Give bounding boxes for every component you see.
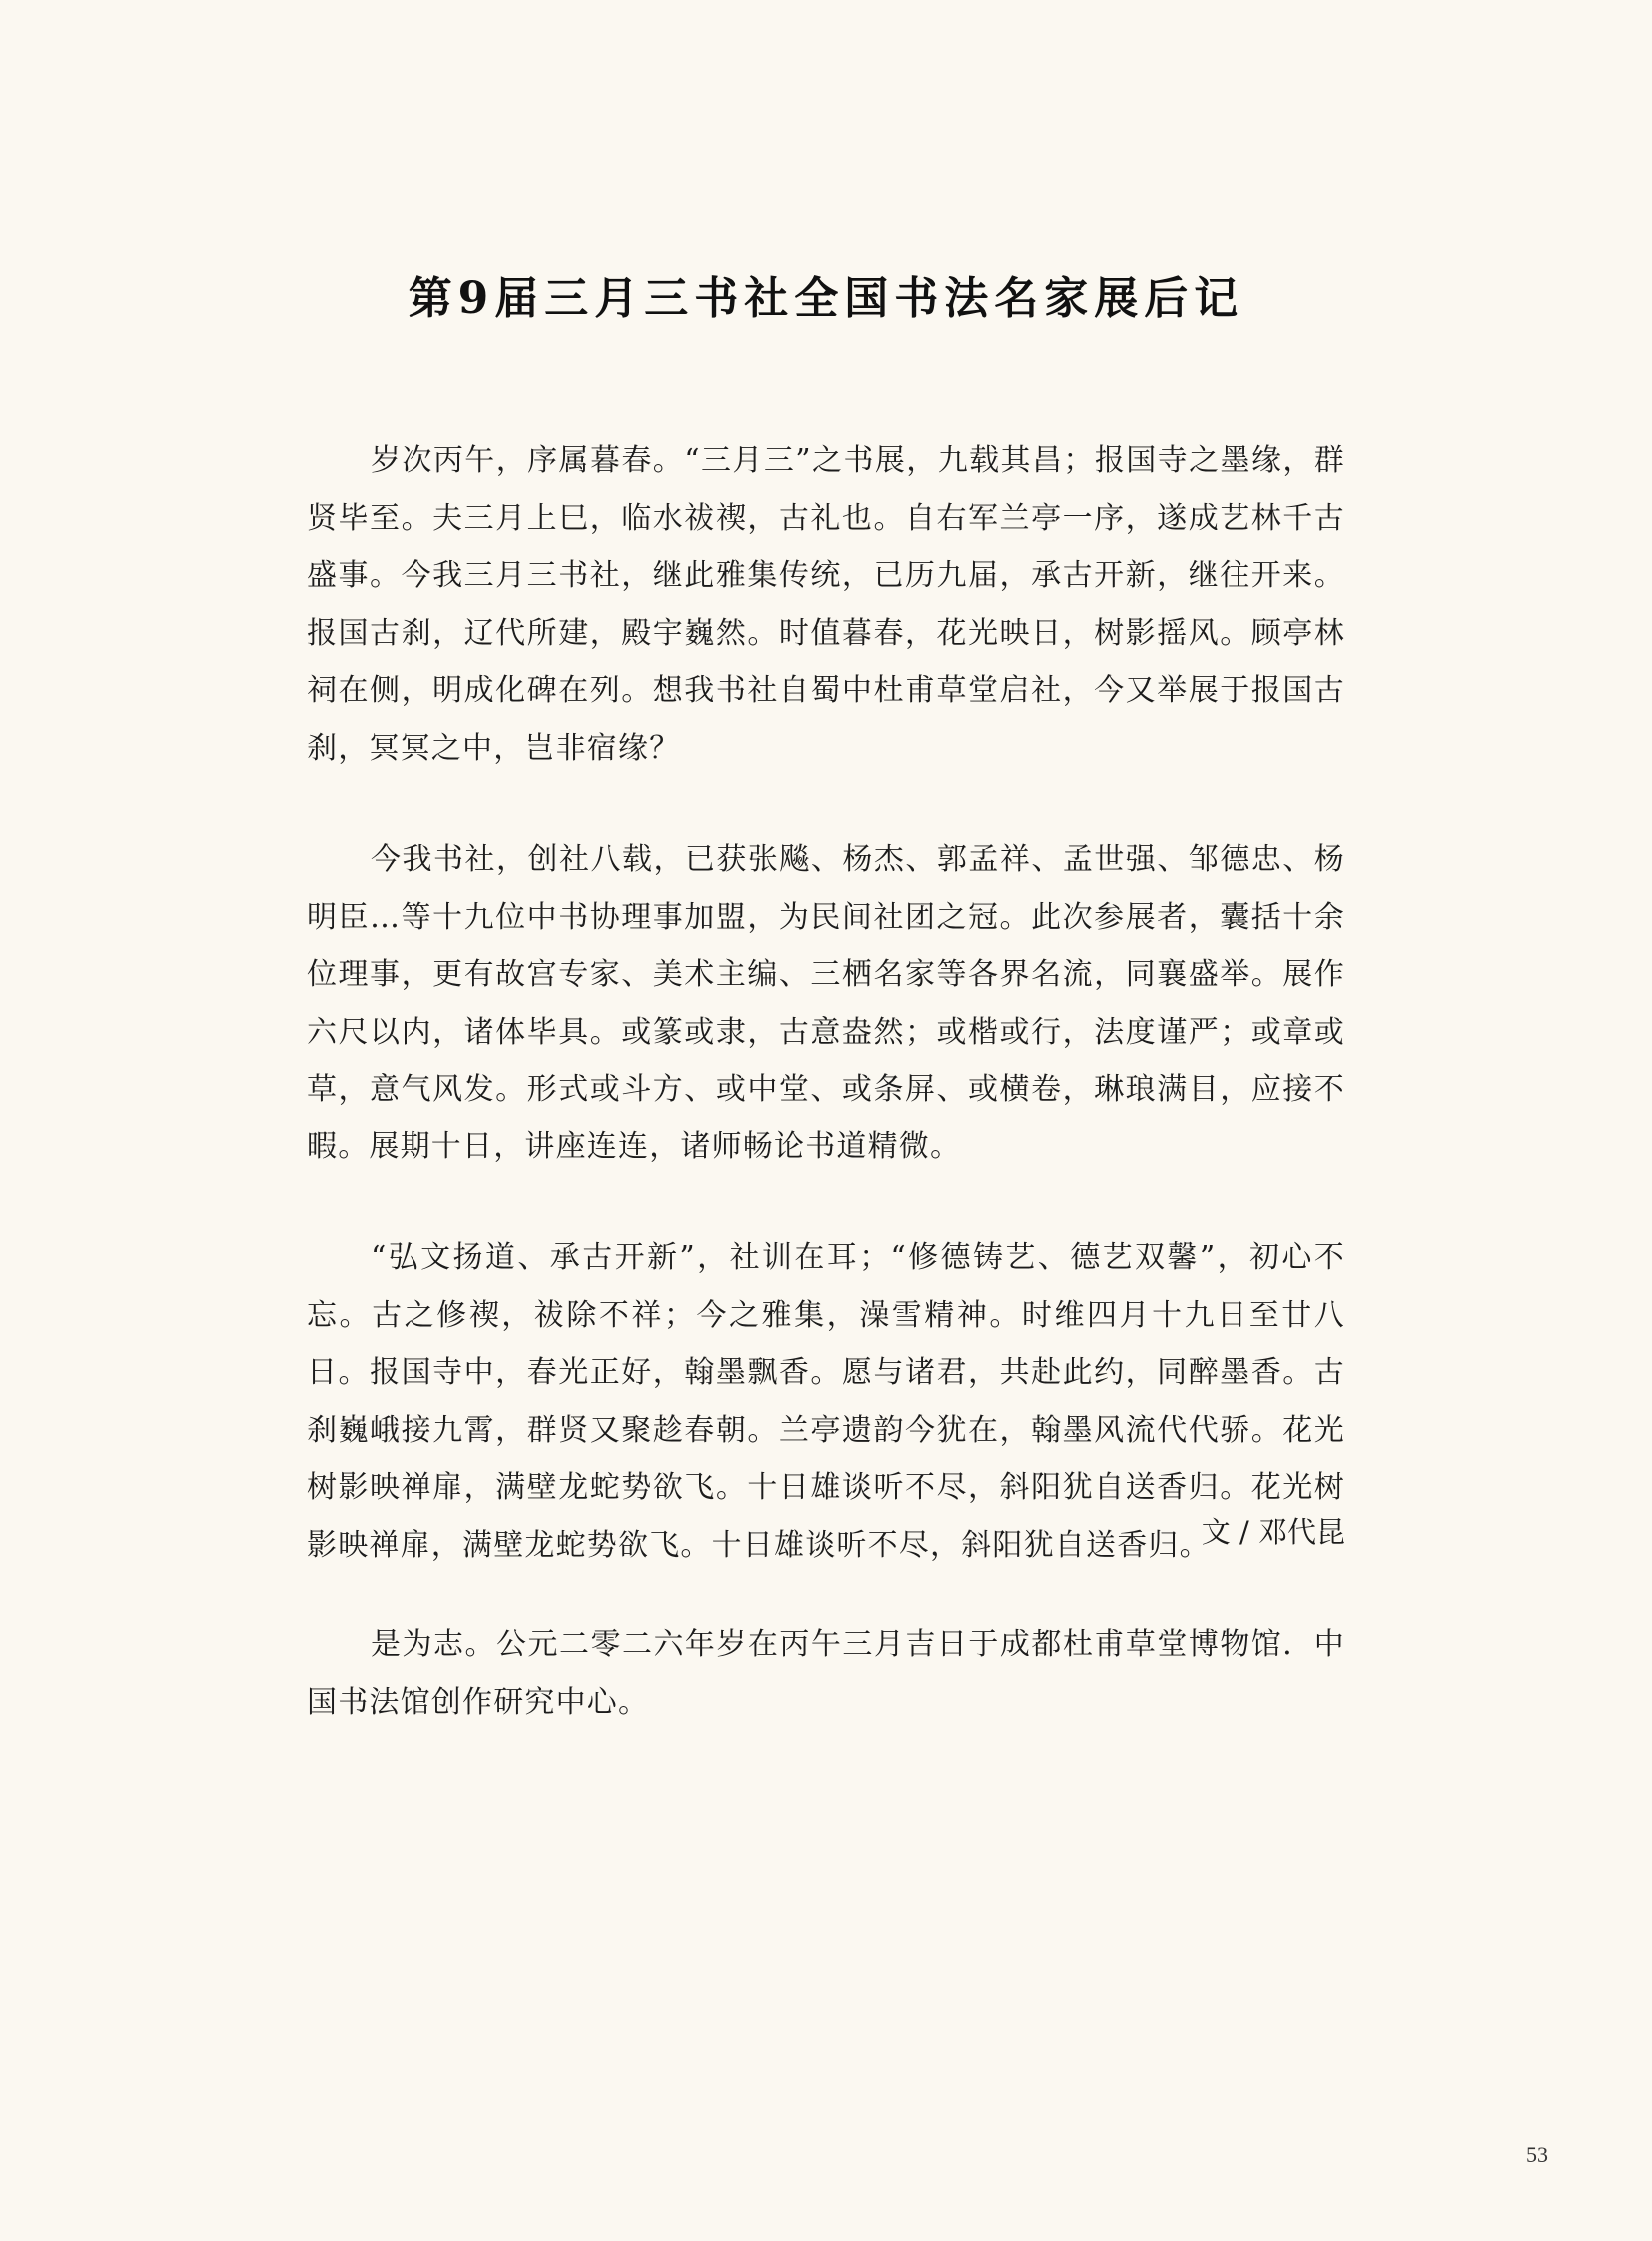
document-title: 第9届三月三书社全国书法名家展后记 [0,262,1652,326]
closing-paragraph: 是为志。公元二零二六年岁在丙午三月吉日于成都杜甫草堂博物馆．中国书法馆创作研究中… [307,1616,1345,1731]
paragraph-3: “弘文扬道、承古开新”，社训在耳；“修德铸艺、德艺双馨”，初心不忘。古之修禊，祓… [307,1229,1345,1574]
page-number: 53 [1526,2142,1548,2168]
article-body: 岁次丙午，序属暮春。“三月三”之书展，九载其昌；报国寺之墨缘，群贤毕至。夫三月上… [307,432,1345,1574]
author-signature: 文 / 邓代昆 [1202,1510,1345,1551]
document-page: 第9届三月三书社全国书法名家展后记 岁次丙午，序属暮春。“三月三”之书展，九载其… [0,0,1652,2241]
paragraph-2: 今我书社，创社八载，已获张飚、杨杰、郭孟祥、孟世强、邹德忠、杨明臣…等十九位中书… [307,831,1345,1175]
paragraph-1: 岁次丙午，序属暮春。“三月三”之书展，九载其昌；报国寺之墨缘，群贤毕至。夫三月上… [307,432,1345,777]
